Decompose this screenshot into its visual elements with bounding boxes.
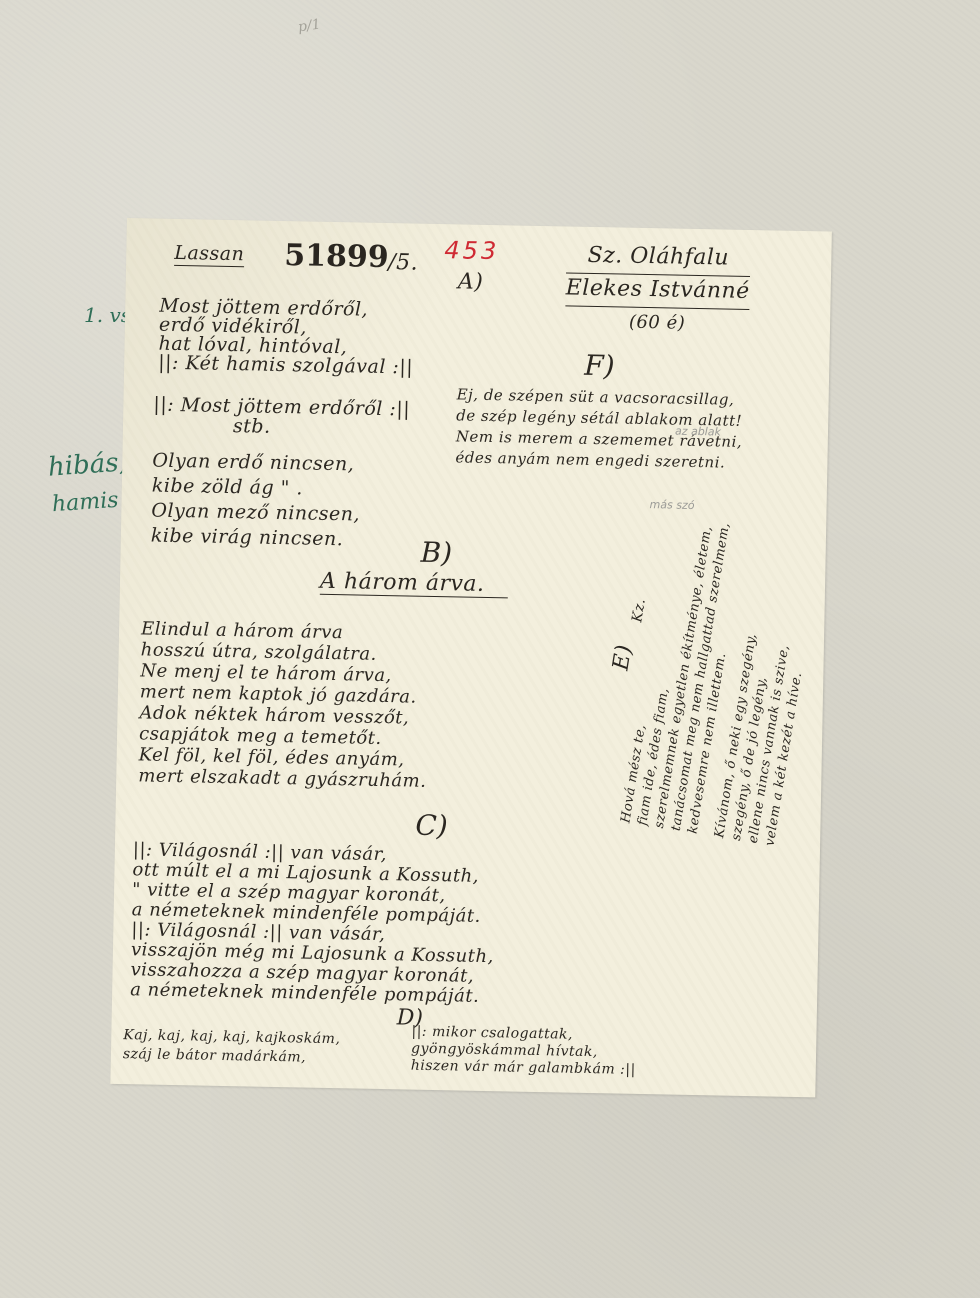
catalog-number-stamp: 51899 xyxy=(284,238,389,275)
verse-line: ||: Két hamis szolgával :|| xyxy=(158,354,413,378)
tempo-marking: Lassan xyxy=(174,243,244,267)
collection-place: Sz. Oláhfalu xyxy=(566,240,751,277)
error-annotation-line1: hibás, xyxy=(47,447,128,482)
catalog-suffix: /5. xyxy=(388,253,418,274)
section-a-mark: A) xyxy=(458,272,484,292)
archival-mount-card: p/1 1. vsz. { hibás, hamis Lassan 51899 … xyxy=(0,0,980,1298)
verse-line: kibe virág nincsen. xyxy=(151,524,360,553)
error-annotation-line2: hamis xyxy=(51,488,119,518)
verse-line: édes anyám nem engedi szeretni. xyxy=(455,447,742,473)
section-e-note: Kz. xyxy=(627,597,651,624)
section-f-letter: F) xyxy=(584,349,615,383)
section-e-lines: Hová mész te, fiam ide, édes fiam, szere… xyxy=(617,513,827,847)
pencil-note: más szó xyxy=(649,498,694,512)
section-c-letter: C) xyxy=(415,809,448,843)
provenance-block: Sz. Oláhfalu Elekes Istvánné (60 é) xyxy=(565,240,751,340)
refrain-line: ||: Most jöttem erdőről :|| xyxy=(153,395,410,420)
informant-age: (60 é) xyxy=(565,306,750,340)
section-c-verse: ||: Világosnál :|| van vásár, ott múlt e… xyxy=(130,840,496,1007)
section-a-refrain: ||: Most jöttem erdőről :|| stb. xyxy=(153,395,410,440)
informant-name: Elekes Istvánné xyxy=(565,273,750,310)
section-e-letter: E) xyxy=(611,643,635,671)
section-d-left: Kaj, kaj, kaj, kaj, kajkoskám, száj le b… xyxy=(123,1026,341,1068)
verse-line: a németeknek mindenféle pompáját. xyxy=(130,980,493,1007)
verse-line: hiszen vár már galambkám :|| xyxy=(411,1058,636,1079)
section-b-verse: Elindul a három árva hosszú útra, szolgá… xyxy=(138,618,429,792)
section-d-right: ||: mikor csalogattak, gyöngyöskámmal hí… xyxy=(411,1024,637,1079)
section-b-letter: B) xyxy=(420,536,452,570)
mount-pencil-mark: p/1 xyxy=(297,17,322,36)
verse-line: mert elszakadt a gyászruhám. xyxy=(138,765,427,792)
red-ink-number: 453 xyxy=(444,236,499,265)
section-a-verse-1: Most jöttem erdőről, erdő vidékiről, hat… xyxy=(158,297,414,378)
section-a-verse-2: Olyan erdő nincsen, kibe zöld ág " . Oly… xyxy=(151,449,362,553)
manuscript-sheet: Lassan 51899 /5. 453 A) Sz. Oláhfalu Ele… xyxy=(110,218,831,1097)
song-title: A három árva. xyxy=(320,572,509,599)
pencil-correction: az ablak xyxy=(675,425,721,439)
